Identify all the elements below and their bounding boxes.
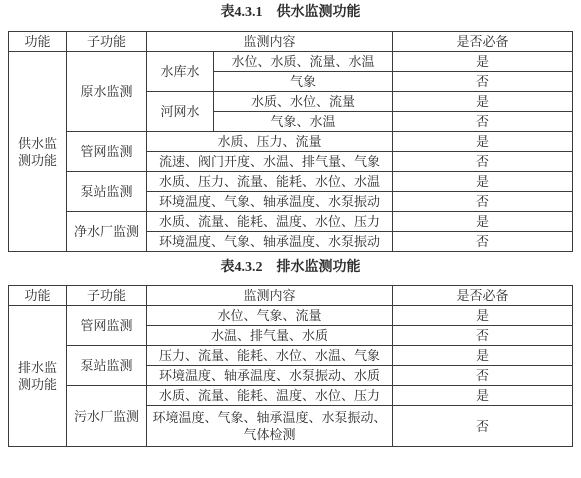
cell-required: 否 [393,112,573,132]
cell-required: 是 [393,306,573,326]
cell-content: 水质、流量、能耗、温度、水位、压力 [147,386,393,406]
cell-content: 水温、排气量、水质 [147,326,393,346]
cell-content: 水质、水位、流量 [214,92,393,112]
table-water-supply-monitoring: 功能 子功能 监测内容 是否必备 供水监测功能 原水监测 水库水 水位、水质、流… [8,31,573,252]
cell-sub-function-sewage-plant: 污水厂监测 [67,386,147,447]
cell-content: 流速、阀门开度、水温、排气量、气象 [147,152,393,172]
cell-required: 是 [393,386,573,406]
table-row: 净水厂监测 水质、流量、能耗、温度、水位、压力 是 [9,212,573,232]
cell-required: 否 [393,192,573,212]
cell-content: 水质、压力、流量、能耗、水位、水温 [147,172,393,192]
cell-content: 压力、流量、能耗、水位、水温、气象 [147,346,393,366]
cell-content: 气象 [214,72,393,92]
cell-content: 气象、水温 [214,112,393,132]
header-required: 是否必备 [393,286,573,306]
cell-required: 否 [393,366,573,386]
cell-required: 否 [393,152,573,172]
cell-required: 是 [393,132,573,152]
table-row: 泵站监测 压力、流量、能耗、水位、水温、气象 是 [9,346,573,366]
cell-sub-function-pipe-network: 管网监测 [67,132,147,172]
table2-title: 表4.3.2排水监测功能 [0,259,581,277]
document-page: 表4.3.1供水监测功能 功能 子功能 监测内容 是否必备 供水监测功能 原水监… [0,0,581,447]
header-content: 监测内容 [147,286,393,306]
cell-sub-function-pump-station: 泵站监测 [67,172,147,212]
cell-required: 否 [393,232,573,252]
header-function: 功能 [9,32,67,52]
cell-sub-function-pump-station: 泵站监测 [67,346,147,386]
cell-sub-function-raw-water: 原水监测 [67,52,147,132]
cell-source-river-network: 河网水 [147,92,214,132]
table1-title-text: 供水监测功能 [277,5,361,20]
cell-required: 是 [393,172,573,192]
table-row: 泵站监测 水质、压力、流量、能耗、水位、水温 是 [9,172,573,192]
cell-function: 排水监测功能 [9,306,67,447]
cell-content: 环境温度、气象、轴承温度、水泵振动、气体检测 [147,406,393,447]
cell-required: 是 [393,52,573,72]
cell-required: 否 [393,72,573,92]
table-row: 管网监测 水质、压力、流量 是 [9,132,573,152]
table2-title-number: 表4.3.2 [221,260,263,275]
header-function: 功能 [9,286,67,306]
cell-sub-function-treatment-plant: 净水厂监测 [67,212,147,252]
header-sub-function: 子功能 [67,32,147,52]
table-row: 污水厂监测 水质、流量、能耗、温度、水位、压力 是 [9,386,573,406]
cell-required: 是 [393,212,573,232]
table1-title: 表4.3.1供水监测功能 [0,4,581,22]
cell-required: 是 [393,92,573,112]
cell-content: 水位、水质、流量、水温 [214,52,393,72]
table-row: 功能 子功能 监测内容 是否必备 [9,286,573,306]
cell-content: 水质、压力、流量 [147,132,393,152]
cell-content: 环境温度、轴承温度、水泵振动、水质 [147,366,393,386]
cell-content: 环境温度、气象、轴承温度、水泵振动 [147,192,393,212]
cell-required: 否 [393,406,573,447]
cell-required: 是 [393,346,573,366]
cell-sub-function-pipe-network: 管网监测 [67,306,147,346]
table-row: 功能 子功能 监测内容 是否必备 [9,32,573,52]
header-sub-function: 子功能 [67,286,147,306]
table-row: 排水监测功能 管网监测 水位、气象、流量 是 [9,306,573,326]
table1-title-number: 表4.3.1 [221,5,263,20]
cell-function: 供水监测功能 [9,52,67,252]
header-content: 监测内容 [147,32,393,52]
cell-required: 否 [393,326,573,346]
cell-content: 水位、气象、流量 [147,306,393,326]
header-required: 是否必备 [393,32,573,52]
table-drainage-monitoring: 功能 子功能 监测内容 是否必备 排水监测功能 管网监测 水位、气象、流量 是 … [8,285,573,447]
cell-content: 水质、流量、能耗、温度、水位、压力 [147,212,393,232]
table-row: 供水监测功能 原水监测 水库水 水位、水质、流量、水温 是 [9,52,573,72]
cell-content: 环境温度、气象、轴承温度、水泵振动 [147,232,393,252]
table2-title-text: 排水监测功能 [277,260,361,275]
cell-source-reservoir: 水库水 [147,52,214,92]
